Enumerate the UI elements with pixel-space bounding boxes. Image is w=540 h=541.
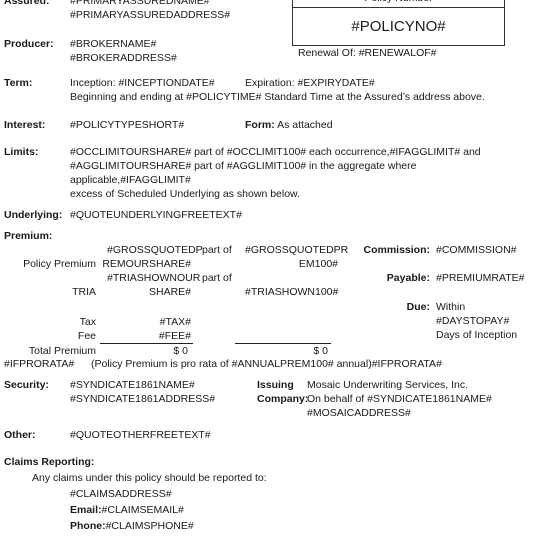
inception: Inception: #INCEPTIONDATE#: [70, 76, 215, 90]
issuing-line1: Mosaic Underwriting Services, Inc.: [307, 378, 468, 392]
claims-address: #CLAIMSADDRESS#: [70, 487, 172, 501]
producer-label: Producer:: [4, 37, 54, 51]
interest-label: Interest:: [4, 118, 45, 132]
limits-line: excess of Scheduled Underlying as shown …: [70, 187, 300, 201]
payable-value: #PREMIUMRATE#: [436, 271, 525, 285]
underlying-label: Underlying:: [4, 208, 62, 222]
expiration-value: #EXPIRYDATE#: [298, 77, 375, 89]
tria-label: TRIA: [0, 285, 96, 299]
inception-label: Inception:: [70, 77, 116, 89]
tria-share-line1: #TRIASHOWNOUR: [107, 271, 200, 285]
issuing-label-2: Company:: [257, 392, 308, 406]
due-label: Due:: [330, 300, 430, 314]
issuing-label-1: Issuing: [257, 378, 294, 392]
claims-email-label: Email:: [70, 504, 102, 516]
fee-label: Fee: [0, 329, 96, 343]
other-label: Other:: [4, 428, 36, 442]
limits-line: applicable,#IFAGGLIMIT#: [70, 173, 191, 187]
assured-address: #PRIMARYASSUREDADDRESS#: [70, 8, 230, 22]
security-label: Security:: [4, 378, 49, 392]
renewal-of-value: #RENEWALOF#: [359, 47, 437, 59]
premium-label: Premium:: [4, 229, 52, 243]
issuing-line2: On behalf of #SYNDICATE1861NAME#: [307, 392, 492, 406]
policy-number-header: Policy Number: [293, 0, 504, 8]
security-name: #SYNDICATE1861NAME#: [70, 378, 195, 392]
tria-100: #TRIASHOWN100#: [245, 285, 338, 299]
form-label: Form:: [245, 119, 275, 131]
underlying-value: #QUOTEUNDERLYINGFREETEXT#: [70, 208, 242, 222]
tax-label: Tax: [0, 315, 96, 329]
tax-value: #TAX#: [100, 315, 191, 329]
policy-premium-share-line2: REMOURSHARE#: [100, 257, 191, 271]
claims-intro: Any claims under this policy should be r…: [32, 471, 267, 485]
other-value: #QUOTEOTHERFREETEXT#: [70, 428, 211, 442]
claims-label: Claims Reporting:: [4, 455, 94, 469]
expiration-label: Expiration:: [245, 77, 295, 89]
term-label: Term:: [4, 76, 32, 90]
commission-value: #COMMISSION#: [436, 243, 517, 257]
claims-email-value: #CLAIMSEMAIL#: [102, 504, 184, 516]
assured-label: Assured:: [4, 0, 50, 8]
payable-label: Payable:: [330, 271, 430, 285]
total-premium-label: Total Premium: [0, 344, 96, 358]
assured-name: #PRIMARYASSUREDNAME#: [70, 0, 210, 8]
security-address: #SYNDICATE1861ADDRESS#: [70, 392, 215, 406]
part-of: part of: [202, 243, 232, 257]
limits-line: #OCCLIMITOURSHARE# part of #OCCLIMIT100#…: [70, 145, 481, 159]
tria-share-line2: SHARE#: [100, 285, 191, 299]
interest-value: #POLICYTYPESHORT#: [70, 118, 184, 132]
term-note: Beginning and ending at #POLICYTIME# Sta…: [70, 90, 485, 104]
producer-address: #BROKERADDRESS#: [70, 51, 177, 65]
policy-premium-100-line2: EM100#: [240, 257, 338, 271]
commission-label: Commission:: [330, 243, 430, 257]
due-line2: #DAYSTOPAY#: [436, 314, 509, 328]
policy-number-box: Policy Number #POLICYNO#: [292, 0, 505, 46]
claims-email: Email:#CLAIMSEMAIL#: [70, 503, 184, 517]
policy-premium-label: Policy Premium: [0, 257, 96, 271]
producer-name: #BROKERNAME#: [70, 37, 156, 51]
due-line3: Days of Inception: [436, 328, 517, 342]
form: Form: As attached: [245, 118, 333, 132]
claims-phone-label: Phone:: [70, 520, 106, 532]
issuing-line3: #MOSAICADDRESS#: [307, 406, 411, 420]
total-premium-share: $ 0: [100, 344, 188, 358]
claims-phone-value: #CLAIMSPHONE#: [106, 520, 194, 532]
limits-line: #AGGLIMITOURSHARE# part of #AGGLIMIT100#…: [70, 159, 416, 173]
prorata-tag: #IFPRORATA#: [4, 357, 74, 371]
claims-phone: Phone:#CLAIMSPHONE#: [70, 519, 194, 533]
expiration: Expiration: #EXPIRYDATE#: [245, 76, 375, 90]
part-of: part of: [202, 271, 232, 285]
renewal-of-label: Renewal Of:: [298, 47, 356, 59]
prorata-text: (Policy Premium is pro rata of #ANNUALPR…: [91, 357, 442, 371]
renewal-of: Renewal Of: #RENEWALOF#: [298, 46, 437, 60]
fee-value: #FEE#: [100, 329, 191, 343]
policy-number: #POLICYNO#: [293, 8, 504, 45]
total-premium-100: $ 0: [240, 344, 328, 358]
limits-label: Limits:: [4, 145, 38, 159]
policy-premium-share-line1: #GROSSQUOTEDP: [107, 243, 203, 257]
due-line1: Within: [436, 300, 465, 314]
form-value: As attached: [277, 119, 332, 131]
inception-value: #INCEPTIONDATE#: [118, 77, 214, 89]
